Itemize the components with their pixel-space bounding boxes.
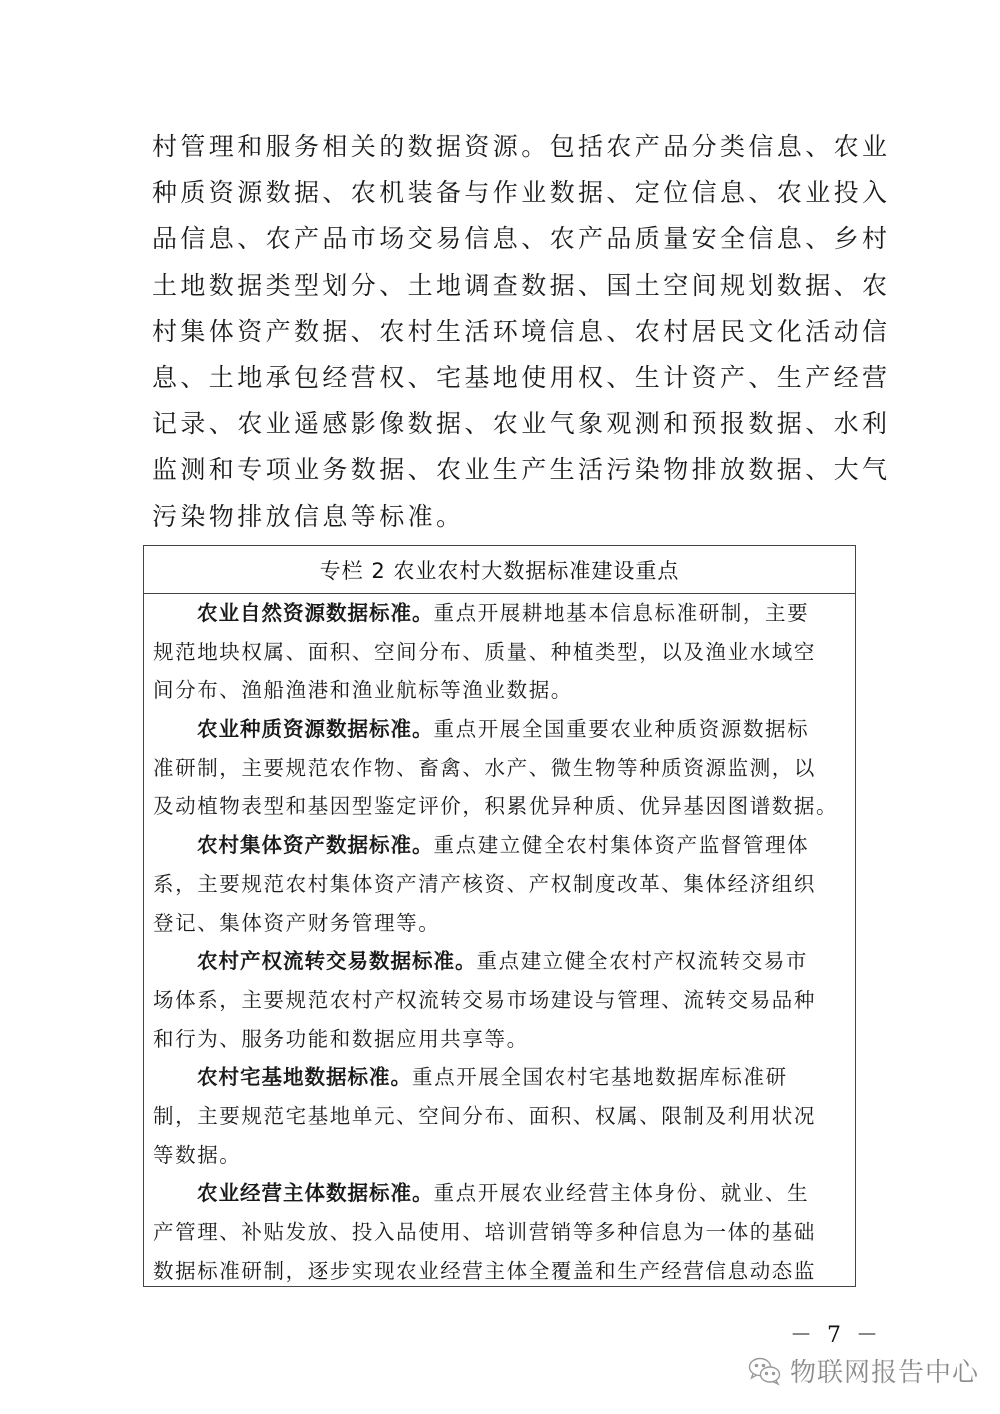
- item-text: 重点开展农业经营主体身份、就业、生: [434, 1181, 810, 1205]
- item-text: 间分布、渔船渔港和渔业航标等渔业数据。: [153, 671, 847, 710]
- paragraph-line: 村集体资产数据、农村生活环境信息、农村居民文化活动信: [152, 309, 852, 355]
- item-text: 数据标准研制，逐步实现农业经营主体全覆盖和生产经营信息动态监: [153, 1252, 847, 1291]
- sidebar-box-column-2: 专栏 2 农业农村大数据标准建设重点 农业自然资源数据标准。重点开展耕地基本信息…: [143, 545, 856, 1287]
- item-text: 及动植物表型和基因型鉴定评价，积累优异种质、优异基因图谱数据。: [153, 787, 847, 826]
- box-item-property-transfer: 农村产权流转交易数据标准。重点建立健全农村产权流转交易市 场体系，主要规范农村产…: [153, 942, 847, 1058]
- item-text: 登记、集体资产财务管理等。: [153, 904, 847, 943]
- watermark: 物联网报告中心: [748, 1352, 979, 1389]
- item-text: 重点开展全国农村宅基地数据库标准研: [412, 1065, 788, 1089]
- box-item-germplasm: 农业种质资源数据标准。重点开展全国重要农业种质资源数据标 准研制，主要规范农作物…: [153, 710, 847, 826]
- item-text: 等数据。: [153, 1136, 847, 1175]
- item-heading: 农村产权流转交易数据标准。: [197, 949, 477, 973]
- box-item-natural-resources: 农业自然资源数据标准。重点开展耕地基本信息标准研制，主要 规范地块权属、面积、空…: [153, 594, 847, 710]
- box-item-business-entities: 农业经营主体数据标准。重点开展农业经营主体身份、就业、生 产管理、补贴发放、投入…: [153, 1174, 847, 1290]
- paragraph-line: 污染物排放信息等标准。: [152, 494, 852, 540]
- document-page: 村管理和服务相关的数据资源。包括农产品分类信息、农业 种质资源数据、农机装备与作…: [0, 0, 1000, 1414]
- item-text: 产管理、补贴发放、投入品使用、培训营销等多种信息为一体的基础: [153, 1213, 847, 1252]
- item-heading: 农业经营主体数据标准。: [197, 1181, 434, 1205]
- body-paragraph: 村管理和服务相关的数据资源。包括农产品分类信息、农业 种质资源数据、农机装备与作…: [152, 124, 852, 540]
- item-text: 重点开展耕地基本信息标准研制，主要: [434, 601, 810, 625]
- item-text: 和行为、服务功能和数据应用共享等。: [153, 1020, 847, 1059]
- box-body: 农业自然资源数据标准。重点开展耕地基本信息标准研制，主要 规范地块权属、面积、空…: [144, 594, 855, 1290]
- paragraph-line: 村管理和服务相关的数据资源。包括农产品分类信息、农业: [152, 124, 852, 170]
- paragraph-line: 品信息、农产品市场交易信息、农产品质量安全信息、乡村: [152, 216, 852, 262]
- paragraph-line: 种质资源数据、农机装备与作业数据、定位信息、农业投入: [152, 170, 852, 216]
- item-text: 制，主要规范宅基地单元、空间分布、面积、权属、限制及利用状况: [153, 1097, 847, 1136]
- item-heading: 农业种质资源数据标准。: [197, 717, 434, 741]
- paragraph-line: 息、土地承包经营权、宅基地使用权、生计资产、生产经营: [152, 355, 852, 401]
- item-heading: 农村集体资产数据标准。: [197, 833, 434, 857]
- box-title: 专栏 2 农业农村大数据标准建设重点: [144, 546, 855, 594]
- item-text: 重点建立健全农村集体资产监督管理体: [434, 833, 810, 857]
- box-item-collective-assets: 农村集体资产数据标准。重点建立健全农村集体资产监督管理体 系，主要规范农村集体资…: [153, 826, 847, 942]
- wechat-icon: [748, 1356, 782, 1386]
- paragraph-line: 监测和专项业务数据、农业生产生活污染物排放数据、大气: [152, 447, 852, 493]
- item-text: 规范地块权属、面积、空间分布、质量、种植类型，以及渔业水域空: [153, 633, 847, 672]
- item-text: 场体系，主要规范农村产权流转交易市场建设与管理、流转交易品种: [153, 981, 847, 1020]
- item-text: 重点建立健全农村产权流转交易市: [477, 949, 809, 973]
- paragraph-line: 土地数据类型划分、土地调查数据、国土空间规划数据、农: [152, 263, 852, 309]
- item-text: 系，主要规范农村集体资产清产核资、产权制度改革、集体经济组织: [153, 865, 847, 904]
- item-heading: 农业自然资源数据标准。: [197, 601, 434, 625]
- item-heading: 农村宅基地数据标准。: [197, 1065, 412, 1089]
- page-number: － 7 －: [790, 1318, 882, 1349]
- paragraph-line: 记录、农业遥感影像数据、农业气象观测和预报数据、水利: [152, 401, 852, 447]
- item-text: 重点开展全国重要农业种质资源数据标: [434, 717, 810, 741]
- box-item-homestead: 农村宅基地数据标准。重点开展全国农村宅基地数据库标准研 制，主要规范宅基地单元、…: [153, 1058, 847, 1174]
- item-text: 准研制，主要规范农作物、畜禽、水产、微生物等种质资源监测，以: [153, 749, 847, 788]
- watermark-text: 物联网报告中心: [790, 1352, 979, 1389]
